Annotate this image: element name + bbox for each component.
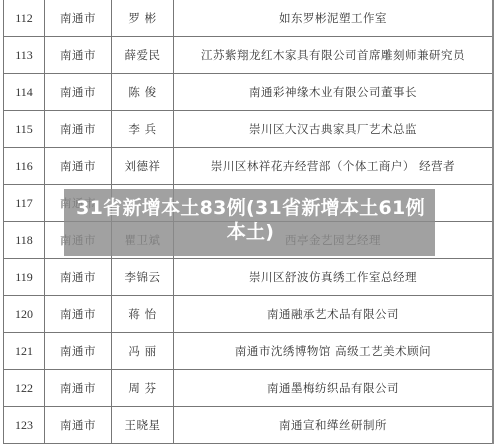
cell-city: 南通市 <box>45 111 112 148</box>
headline-overlay-banner: 31省新增本土83例(31省新增本土61例 本土) <box>64 189 435 256</box>
cell-number: 123 <box>4 407 45 444</box>
cell-number: 117 <box>4 185 45 222</box>
table-row: 112 南通市 罗 彬 如东罗彬泥塑工作室 <box>4 0 494 37</box>
cell-city: 南通市 <box>45 407 112 444</box>
cell-unit: 南通市沈绣博物馆 高级工艺美术顾问 <box>174 333 494 370</box>
cell-unit: 崇川区大汉古典家具厂艺术总监 <box>174 111 494 148</box>
cell-number: 112 <box>4 0 45 37</box>
table-row: 119 南通市 李锦云 崇川区舒波仿真绣工作室总经理 <box>4 259 494 296</box>
table-row: 123 南通市 王晓星 南通宣和缂丝研制所 <box>4 407 494 444</box>
cell-city: 南通市 <box>45 296 112 333</box>
cell-name: 薛爱民 <box>112 37 174 74</box>
headline-caption: 31省新增本土83例(31省新增本土61例 本土) <box>76 197 425 243</box>
cell-name: 李锦云 <box>112 259 174 296</box>
cell-unit: 如东罗彬泥塑工作室 <box>174 0 494 37</box>
cell-number: 116 <box>4 148 45 185</box>
cell-city: 南通市 <box>45 148 112 185</box>
cell-city: 南通市 <box>45 370 112 407</box>
cell-number: 121 <box>4 333 45 370</box>
cell-name: 蒋 怡 <box>112 296 174 333</box>
cell-number: 115 <box>4 111 45 148</box>
cell-unit: 崇川区林祥花卉经营部（个体工商户） 经营者 <box>174 148 494 185</box>
cell-unit: 南通墨梅纺织品有限公司 <box>174 370 494 407</box>
cell-unit: 江苏紫翔龙红木家具有限公司首席雕刻师兼研究员 <box>174 37 494 74</box>
cell-unit: 南通融承艺术品有限公司 <box>174 296 494 333</box>
table-row: 122 南通市 周 芬 南通墨梅纺织品有限公司 <box>4 370 494 407</box>
cell-number: 118 <box>4 222 45 259</box>
cell-city: 南通市 <box>45 74 112 111</box>
table-row: 114 南通市 陈 俊 南通彩神缘木业有限公司董事长 <box>4 74 494 111</box>
cell-number: 122 <box>4 370 45 407</box>
cell-name: 周 芬 <box>112 370 174 407</box>
cell-name: 陈 俊 <box>112 74 174 111</box>
table-row: 120 南通市 蒋 怡 南通融承艺术品有限公司 <box>4 296 494 333</box>
table-row: 116 南通市 刘德祥 崇川区林祥花卉经营部（个体工商户） 经营者 <box>4 148 494 185</box>
cell-name: 冯 丽 <box>112 333 174 370</box>
cell-city: 南通市 <box>45 37 112 74</box>
cell-number: 114 <box>4 74 45 111</box>
cell-city: 南通市 <box>45 0 112 37</box>
cell-number: 113 <box>4 37 45 74</box>
cell-number: 120 <box>4 296 45 333</box>
cell-number: 119 <box>4 259 45 296</box>
cell-city: 南通市 <box>45 259 112 296</box>
cell-name: 刘德祥 <box>112 148 174 185</box>
cell-unit: 崇川区舒波仿真绣工作室总经理 <box>174 259 494 296</box>
cell-name: 李 兵 <box>112 111 174 148</box>
cell-name: 王晓星 <box>112 407 174 444</box>
cell-unit: 南通彩神缘木业有限公司董事长 <box>174 74 494 111</box>
cell-city: 南通市 <box>45 333 112 370</box>
cell-name: 罗 彬 <box>112 0 174 37</box>
table-row: 121 南通市 冯 丽 南通市沈绣博物馆 高级工艺美术顾问 <box>4 333 494 370</box>
table-row: 113 南通市 薛爱民 江苏紫翔龙红木家具有限公司首席雕刻师兼研究员 <box>4 37 494 74</box>
table-row: 115 南通市 李 兵 崇川区大汉古典家具厂艺术总监 <box>4 111 494 148</box>
cell-unit: 南通宣和缂丝研制所 <box>174 407 494 444</box>
